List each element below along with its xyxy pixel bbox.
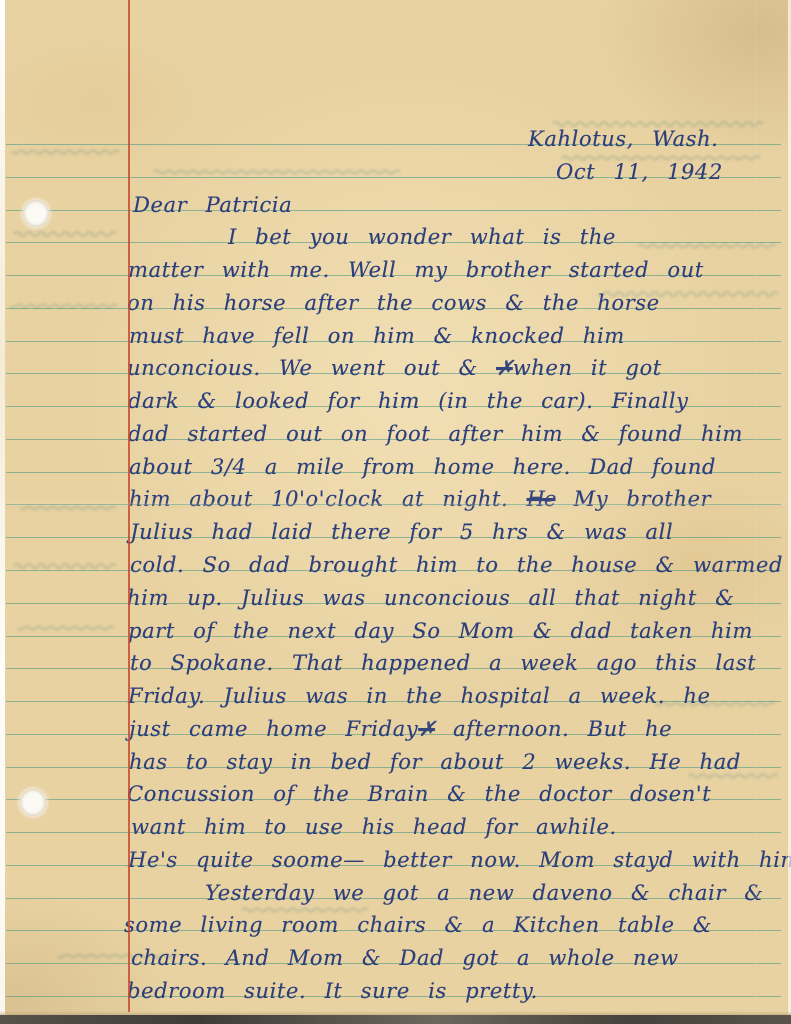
ruled-line-row: him up. Julius was unconcious all that n…: [6, 573, 781, 604]
ruled-line-row: on his horse after the cows & the horse: [6, 278, 781, 309]
ruled-line-row: part of the next day So Mom & dad taken …: [6, 606, 781, 637]
ruled-line-row: him about 10'o'clock at night. He My bro…: [6, 474, 781, 505]
ruled-line-row: some living room chairs & a Kitchen tabl…: [6, 900, 781, 931]
punch-hole-top: [23, 200, 49, 227]
punch-hole-bottom: [20, 789, 46, 816]
letter-lines: Kahlotus, Wash.Oct 11, 1942Dear Patricia…: [0, 0, 791, 1024]
ruled-line-row: unconcious. We went out & ✗when it got: [6, 343, 781, 374]
ruled-line-row: Oct 11, 1942: [6, 147, 781, 178]
letter-page: Kahlotus, Wash.Oct 11, 1942Dear Patricia…: [0, 0, 791, 1024]
ruled-line-row: to Spokane. That happened a week ago thi…: [6, 638, 781, 669]
horizontal-fold-crease: [0, 503, 791, 507]
ruled-line-row: Julius had laid there for 5 hrs & was al…: [6, 507, 781, 538]
scan-edge-left: [0, 0, 5, 1024]
ruled-line-row: Yesterday we got a new daveno & chair &: [6, 868, 781, 899]
ruled-line-row: Kahlotus, Wash.: [6, 114, 781, 145]
ruled-line-row: chairs. And Mom & Dad got a whole new: [6, 933, 781, 964]
handwritten-text: bedroom suite. It sure is pretty.: [127, 979, 538, 1003]
ruled-line-row: He's quite soome— better now. Mom stayd …: [6, 835, 781, 866]
ruled-line-row: just came home Friday✗ afternoon. But he: [6, 704, 781, 735]
ruled-line-row: matter with me. Well my brother started …: [6, 245, 781, 276]
ruled-line-row: has to stay in bed for about 2 weeks. He…: [6, 737, 781, 768]
letter-line-body: bedroom suite. It sure is pretty.: [127, 979, 538, 1003]
ruled-line-row: Dear Patricia: [6, 180, 781, 211]
ruled-line-row: I bet you wonder what is the: [6, 212, 781, 243]
scan-edge-bottom: [0, 1015, 791, 1024]
ruled-line-row: bedroom suite. It sure is pretty.: [6, 966, 781, 997]
ruled-line-row: about 3/4 a mile from home here. Dad fou…: [6, 442, 781, 473]
ruled-line-row: Concussion of the Brain & the doctor dos…: [6, 769, 781, 800]
ruled-line-row: Friday. Julius was in the hospital a wee…: [6, 671, 781, 702]
ruled-line-row: want him to use his head for awhile.: [6, 802, 781, 833]
ruled-line-row: must have fell on him & knocked him: [6, 311, 781, 342]
ruled-line-row: cold. So dad brought him to the house & …: [6, 540, 781, 571]
ruled-line-row: dark & looked for him (in the car). Fina…: [6, 376, 781, 407]
ruled-line-row: dad started out on foot after him & foun…: [6, 409, 781, 440]
